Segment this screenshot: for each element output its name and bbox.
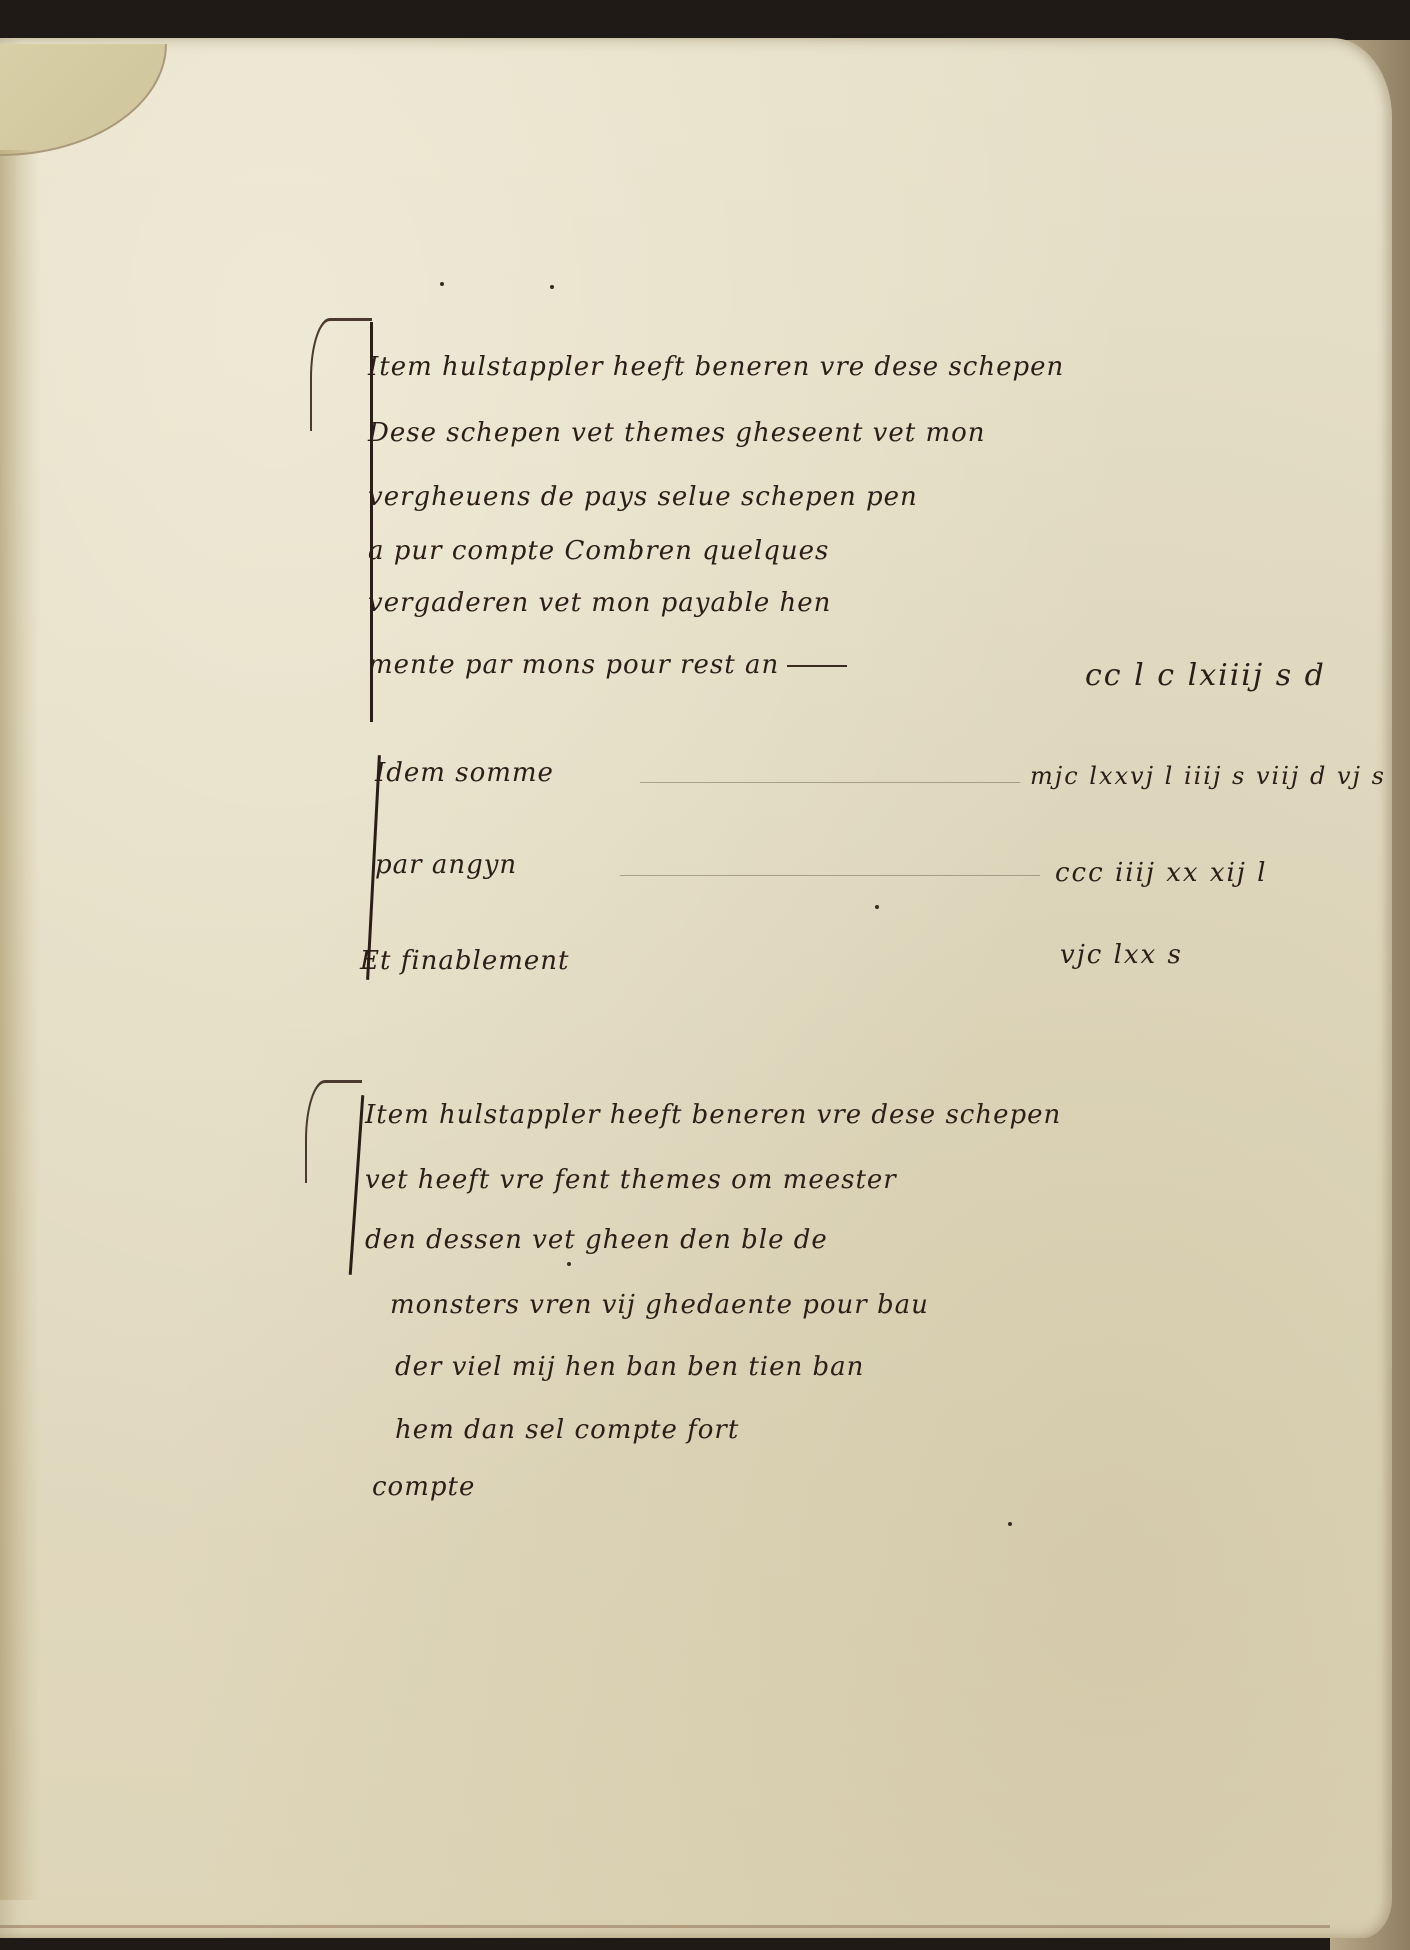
page-left-edge [0, 150, 40, 1900]
entry-2-line-6: hem dan sel compte fort [395, 1415, 747, 1445]
summary-row-label-1: Idem somme [375, 758, 562, 788]
entry-1-line-6: mente par mons pour rest an [368, 650, 847, 680]
entry-1-amount: cc l c lxiiij s d [1085, 658, 1326, 693]
summary-row-label-2: par angyn [375, 850, 525, 880]
entry-bracket [310, 318, 372, 431]
entry-2-line-5: der viel mij hen ban ben tien ban [395, 1352, 872, 1382]
ink-speck [550, 285, 554, 289]
ink-speck [567, 1262, 571, 1266]
entry-1-line-1: Item hulstappler heeft beneren vre dese … [368, 352, 1072, 382]
entry-1-line-5: vergaderen vet mon payable hen [368, 588, 839, 618]
manuscript-page [0, 38, 1392, 1938]
entry-1-line-3: vergheuens de pays selue schepen pen [368, 482, 926, 512]
entry-2-line-2: vet heeft vre fent themes om meester [365, 1165, 905, 1195]
entry-2-line-1: Item hulstappler heeft beneren vre dese … [365, 1100, 1069, 1130]
entry-1-line-2: Dese schepen vet themes gheseent vet mon [368, 418, 994, 448]
entry-2-line-3: den dessen vet gheen den ble de [365, 1225, 836, 1255]
entry-2-line-7: compte [372, 1472, 483, 1502]
entry-bracket [305, 1080, 362, 1183]
entry-2-line-4: monsters vren vij ghedaente pour bau [390, 1290, 937, 1320]
summary-row-amount-1: mjc lxxvj l iiij s viij d vj s [1030, 762, 1386, 790]
ink-speck [440, 282, 444, 286]
summary-row-amount-2: ccc iiij xx xij l [1055, 858, 1267, 888]
page-bottom-edge [0, 1925, 1330, 1928]
ink-speck [1008, 1522, 1012, 1526]
guide-line [620, 875, 1040, 876]
ink-speck [875, 905, 879, 909]
guide-line [640, 782, 1020, 783]
summary-row-amount-3: vjc lxx s [1060, 940, 1183, 970]
entry-1-line-4: a pur compte Combren quelques [368, 536, 837, 566]
summary-row-label-3: Et finablement [360, 946, 577, 976]
